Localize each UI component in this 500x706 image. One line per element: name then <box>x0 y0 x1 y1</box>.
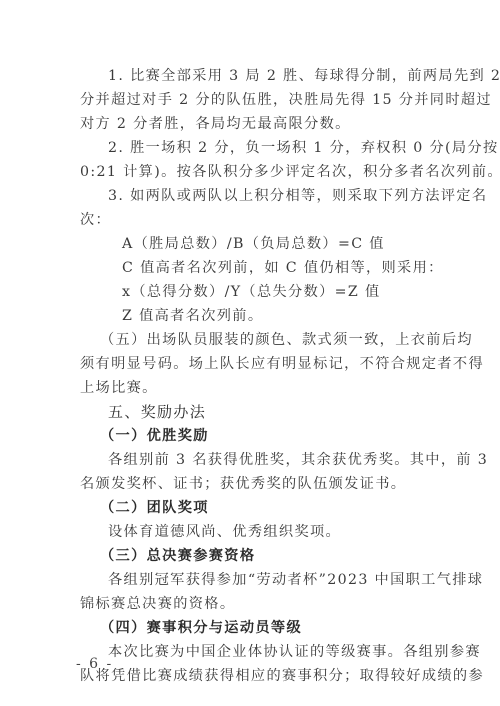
rule-1-line-1: 1. 比赛全部采用 3 局 2 胜、每球得分制，前两局先到 21 <box>80 64 428 88</box>
section-heading-awards: 五、奖励办法 <box>80 400 428 424</box>
uniform-rule-line-1: （五）出场队员服装的颜色、款式须一致，上衣前后均 <box>80 328 428 352</box>
rule-3-line-2: 次： <box>80 208 428 232</box>
formula-c: A（胜局总数）/B（负局总数）=C 值 <box>80 232 428 256</box>
points-grades-line-2: 队将凭借比赛成绩获得相应的赛事积分；取得较好成绩的参 <box>80 664 428 688</box>
subheading-finals-qualification: （三）总决赛参赛资格 <box>80 544 428 568</box>
rule-3-line-1: 3. 如两队或两队以上积分相等，则采取下列方法评定名 <box>80 184 428 208</box>
rule-1-line-3: 对方 2 分者胜，各局均无最高限分数。 <box>80 112 428 136</box>
formula-z-note: Z 值高者名次列前。 <box>80 304 428 328</box>
uniform-rule-line-2: 须有明显号码。场上队长应有明显标记，不符合规定者不得 <box>80 352 428 376</box>
subheading-team-awards: （二）团队奖项 <box>80 496 428 520</box>
subheading-points-and-grades: （四）赛事积分与运动员等级 <box>80 616 428 640</box>
team-awards-line-1: 设体育道德风尚、优秀组织奖项。 <box>80 520 428 544</box>
winner-awards-line-2: 名颁发奖杯、证书；获优秀奖的队伍颁发证书。 <box>80 472 428 496</box>
winner-awards-line-1: 各组别前 3 名获得优胜奖，其余获优秀奖。其中，前 3 <box>80 448 428 472</box>
finals-qualification-line-2: 锦标赛总决赛的资格。 <box>80 592 428 616</box>
finals-qualification-line-1: 各组别冠军获得参加“劳动者杯”2023 中国职工气排球 <box>80 568 428 592</box>
document-page: 1. 比赛全部采用 3 局 2 胜、每球得分制，前两局先到 21 分并超过对手 … <box>80 64 428 688</box>
subheading-winner-awards: （一）优胜奖励 <box>80 424 428 448</box>
formula-c-note: C 值高者名次列前，如 C 值仍相等，则采用： <box>80 256 428 280</box>
rule-2-line-1: 2. 胜一场积 2 分，负一场积 1 分，弃权积 0 分(局分按 <box>80 136 428 160</box>
page-number: - 6 - <box>76 656 113 672</box>
formula-z: x（总得分数）/Y（总失分数）=Z 值 <box>80 280 428 304</box>
points-grades-line-1: 本次比赛为中国企业体协认证的等级赛事。各组别参赛 <box>80 640 428 664</box>
rule-1-line-2: 分并超过对手 2 分的队伍胜，决胜局先得 15 分并同时超过 <box>80 88 428 112</box>
uniform-rule-line-3: 上场比赛。 <box>80 376 428 400</box>
rule-2-line-2: 0:21 计算)。按各队积分多少评定名次，积分多者名次列前。 <box>80 160 428 184</box>
